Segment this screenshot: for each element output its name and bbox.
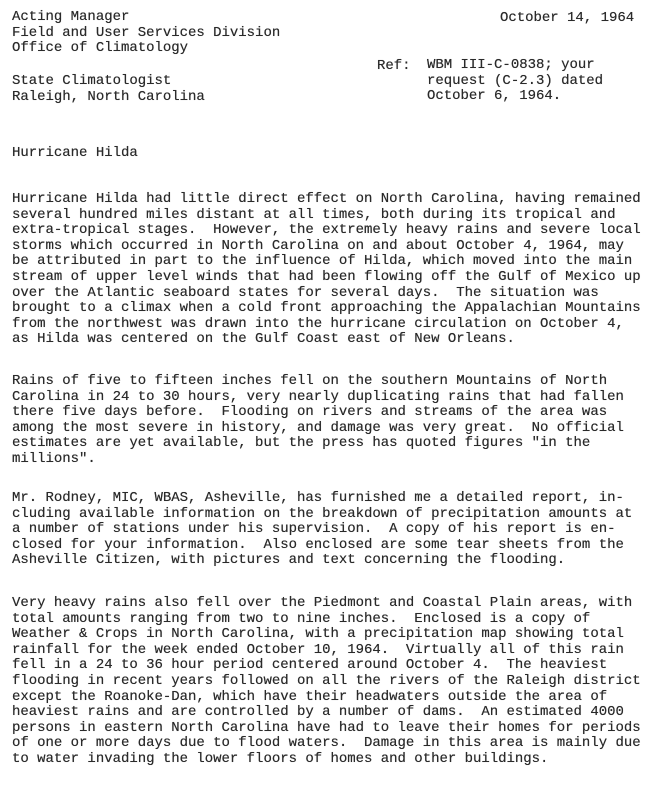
ref-line: WBM III-C-0838; your	[427, 58, 603, 74]
text-line: be attributed in part to the influence o…	[12, 254, 652, 270]
text-line: Weather & Crops in North Carolina, with …	[12, 627, 652, 643]
recipient-block: State Climatologist Raleigh, North Carol…	[12, 74, 205, 105]
text-line: Hurricane Hilda had little direct effect…	[12, 192, 652, 208]
text-line: millions".	[12, 452, 652, 468]
reference-block: WBM III-C-0838; your request (C-2.3) dat…	[427, 58, 603, 105]
text-line: over the Atlantic seaboard states for se…	[12, 286, 652, 302]
text-line: from the northwest was drawn into the hu…	[12, 317, 652, 333]
text-line: total amounts ranging from two to nine i…	[12, 612, 652, 628]
paragraph-3: Mr. Rodney, MIC, WBAS, Asheville, has fu…	[12, 491, 652, 569]
text-line: fell in a 24 to 36 hour period centered …	[12, 658, 652, 674]
text-line: brought to a climax when a cold front ap…	[12, 301, 652, 317]
ref-line: October 6, 1964.	[427, 89, 603, 105]
text-line: heaviest rains and are controlled by a n…	[12, 705, 652, 721]
recipient-line: Raleigh, North Carolina	[12, 90, 205, 106]
text-line: Very heavy rains also fell over the Pied…	[12, 596, 652, 612]
text-line: stream of upper level winds that had bee…	[12, 270, 652, 286]
text-line: to water invading the lower floors of ho…	[12, 752, 652, 768]
text-line: extra-tropical stages. However, the extr…	[12, 223, 652, 239]
ref-line: request (C-2.3) dated	[427, 74, 603, 90]
letter-date: October 14, 1964	[500, 10, 634, 26]
text-line: flooding in recent years followed on all…	[12, 674, 652, 690]
text-line: of one or more days due to flood waters.…	[12, 736, 652, 752]
text-line: there five days before. Flooding on rive…	[12, 405, 652, 421]
text-line: several hundred miles distant at all tim…	[12, 208, 652, 224]
text-line: as Hilda was centered on the Gulf Coast …	[12, 332, 652, 348]
text-line: except the Roanoke-Dan, which have their…	[12, 690, 652, 706]
sender-block: Acting Manager Field and User Services D…	[12, 10, 280, 57]
text-line: Rains of five to fifteen inches fell on …	[12, 374, 652, 390]
sender-line: Field and User Services Division	[12, 26, 280, 42]
text-line: cluding available information on the bre…	[12, 507, 652, 523]
paragraph-4: Very heavy rains also fell over the Pied…	[12, 596, 652, 768]
text-line: persons in eastern North Carolina have h…	[12, 721, 652, 737]
text-line: Carolina in 24 to 30 hours, very nearly …	[12, 390, 652, 406]
sender-line: Acting Manager	[12, 10, 280, 26]
text-line: estimates are yet available, but the pre…	[12, 436, 652, 452]
text-line: Mr. Rodney, MIC, WBAS, Asheville, has fu…	[12, 491, 652, 507]
recipient-line: State Climatologist	[12, 74, 205, 90]
text-line: a number of stations under his supervisi…	[12, 522, 652, 538]
paragraph-2: Rains of five to fifteen inches fell on …	[12, 374, 652, 468]
ref-label: Ref:	[377, 58, 411, 74]
text-line: Asheville Citizen, with pictures and tex…	[12, 553, 652, 569]
paragraph-1: Hurricane Hilda had little direct effect…	[12, 192, 652, 348]
subject-line: Hurricane Hilda	[12, 145, 138, 161]
sender-line: Office of Climatology	[12, 41, 280, 57]
